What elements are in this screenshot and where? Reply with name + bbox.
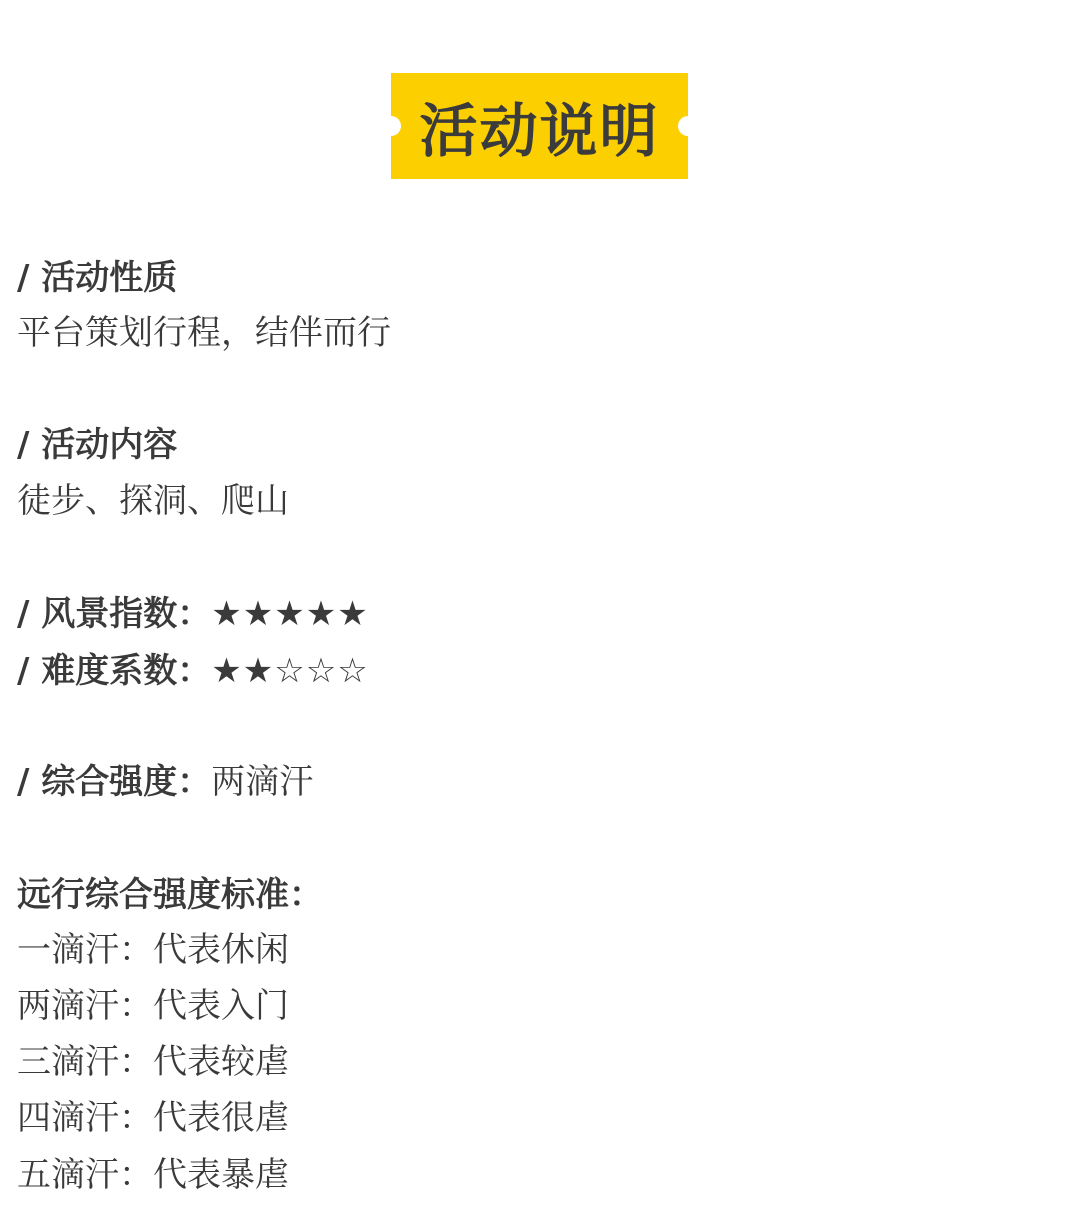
intensity-value: 两滴汗 xyxy=(211,762,313,802)
standard-item: 两滴汗：代表入门 xyxy=(17,984,289,1028)
standard-level: 四滴汗： xyxy=(17,1098,153,1138)
scenery-label: / 风景指数： xyxy=(17,594,211,634)
standard-level: 五滴汗： xyxy=(17,1155,153,1195)
difficulty-stars-empty-icon: ☆☆☆ xyxy=(274,651,368,691)
standard-desc: 代表很虐 xyxy=(153,1098,289,1138)
difficulty-rating-row: / 难度系数：★★☆☆☆ xyxy=(17,649,369,693)
standard-item: 五滴汗：代表暴虐 xyxy=(17,1153,289,1197)
standard-level: 一滴汗： xyxy=(17,930,153,970)
difficulty-label: / 难度系数： xyxy=(17,651,211,691)
nature-text: 平台策划行程，结伴而行 xyxy=(17,311,391,355)
standard-heading: 远行综合强度标准： xyxy=(17,873,323,917)
standard-level: 三滴汗： xyxy=(17,1042,153,1082)
content-heading: / 活动内容 xyxy=(17,423,177,467)
content-text: 徒步、探洞、爬山 xyxy=(17,479,289,523)
standard-item: 四滴汗：代表很虐 xyxy=(17,1096,289,1140)
title-banner: 活动说明 xyxy=(391,73,688,179)
standard-desc: 代表较虐 xyxy=(153,1042,289,1082)
intensity-label: / 综合强度： xyxy=(17,762,211,802)
standard-item: 一滴汗：代表休闲 xyxy=(17,928,289,972)
difficulty-stars-filled-icon: ★★ xyxy=(211,651,274,691)
standard-desc: 代表暴虐 xyxy=(153,1155,289,1195)
scenery-stars-filled-icon: ★★★★★ xyxy=(211,594,368,634)
standard-item: 三滴汗：代表较虐 xyxy=(17,1040,289,1084)
scenery-rating-row: / 风景指数：★★★★★ xyxy=(17,592,369,636)
nature-heading: / 活动性质 xyxy=(17,256,177,300)
page-title: 活动说明 xyxy=(419,84,659,168)
standard-desc: 代表入门 xyxy=(153,986,289,1026)
standard-level: 两滴汗： xyxy=(17,986,153,1026)
intensity-row: / 综合强度：两滴汗 xyxy=(17,760,313,804)
standard-desc: 代表休闲 xyxy=(153,930,289,970)
